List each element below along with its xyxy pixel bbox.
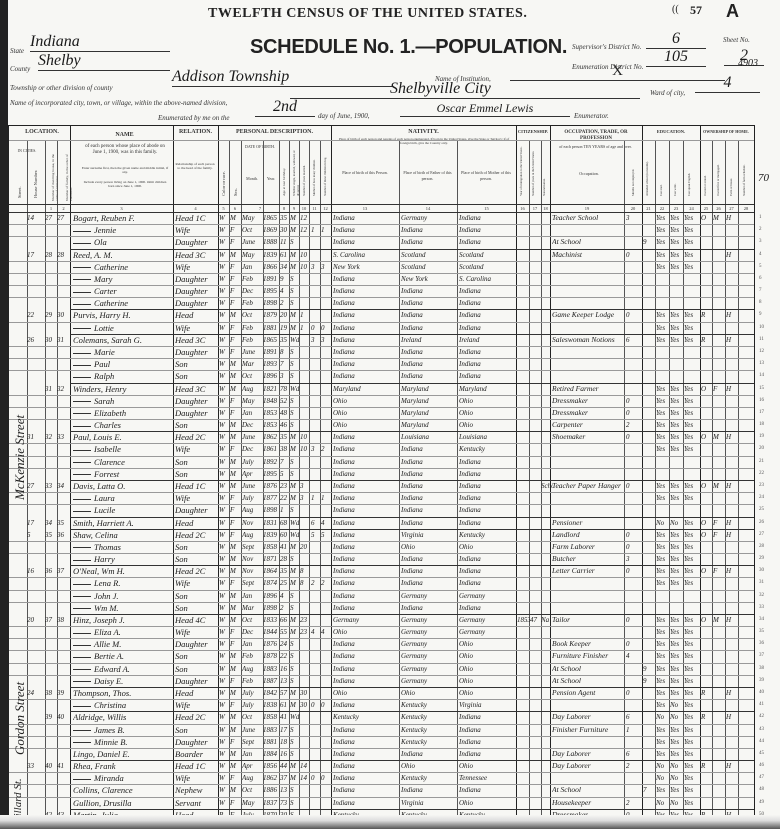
cell-write (670, 285, 683, 297)
cell-eng: Yes (684, 395, 700, 407)
cell-color: W (219, 504, 229, 516)
cell-sch (643, 383, 655, 395)
cell-imm (517, 797, 530, 809)
header-sex: Sex. (233, 181, 238, 196)
cell-year: 1866 (263, 261, 280, 273)
cell-ch (321, 797, 331, 809)
cell-color: W (219, 724, 229, 736)
cell-marital: M (290, 541, 300, 553)
cell-age: 13 (280, 675, 289, 687)
cell-name: Lingo, Daniel E. (73, 748, 173, 760)
cell-year: 1877 (263, 492, 280, 504)
person-name: Paul (94, 359, 110, 369)
cell-unemp (626, 772, 642, 784)
cell-sex: F (230, 297, 241, 309)
header-nativity-desc: Place of birth of each person and parent… (334, 137, 514, 145)
cell-bp: Indiana (333, 334, 399, 346)
cell-dwelling (45, 784, 57, 796)
cell-unemp: 2 (626, 760, 642, 772)
cell-fbp: Louisiana (401, 431, 457, 443)
cell-name: Mary (73, 273, 173, 285)
cell-month: Dec (242, 443, 263, 455)
cell-dwelling: 28 (45, 249, 57, 261)
cell-mo: 0 (311, 322, 320, 334)
cell-imm (517, 468, 530, 480)
cell-ym (300, 736, 310, 748)
header-occupation-col: Occupation. (553, 171, 625, 177)
cell-sch (643, 297, 655, 309)
cell-yrs (530, 650, 541, 662)
cell-sex: M (230, 480, 241, 492)
header-divider (9, 140, 754, 141)
cell-ch (321, 590, 331, 602)
cell-sch (643, 322, 655, 334)
person-name: Ralph (94, 371, 114, 381)
header-birth-father: Place of birth of Father of this person. (399, 170, 456, 182)
cell-read (656, 297, 669, 309)
cell-fh (726, 797, 738, 809)
cell-own (701, 650, 712, 662)
cell-write: Yes (670, 334, 683, 346)
cell-eng: Yes (684, 529, 700, 541)
cell-read: Yes (656, 724, 669, 736)
cell-bp: Indiana (333, 663, 399, 675)
person-name: Minnie B. (94, 737, 128, 747)
cell-own (701, 675, 712, 687)
cell-sch (643, 249, 655, 261)
cell-imm (517, 736, 530, 748)
cell-occ: Housekeeper (552, 797, 624, 809)
cell-imm (517, 760, 530, 772)
cell-fh (726, 577, 738, 589)
cell-mort (713, 699, 725, 711)
cell-dwelling (45, 748, 57, 760)
cell-bp: Indiana (333, 236, 399, 248)
cell-age: 44 (280, 760, 289, 772)
cell-occ: At School (552, 675, 624, 687)
cell-sex: F (230, 736, 241, 748)
person-name: Allie M. (94, 639, 121, 649)
cell-mo: 3 (311, 261, 320, 273)
line-number: 3 (759, 239, 762, 244)
cell-bp: Indiana (333, 456, 399, 468)
cell-read (656, 358, 669, 370)
header-occupation-desc: of each person TEN YEARS of age and over… (553, 144, 638, 150)
column-number: 22 (655, 206, 669, 211)
cell-mo (311, 370, 320, 382)
cell-mo: 1 (311, 224, 320, 236)
cell-dwelling (45, 419, 57, 431)
cell-fh (726, 675, 738, 687)
cell-relation: Son (175, 468, 218, 480)
cell-dwelling (45, 468, 57, 480)
cell-eng: Yes (684, 784, 700, 796)
cell-month: Mar (242, 358, 263, 370)
person-name: Catherine (94, 262, 128, 272)
cell-occ (552, 224, 624, 236)
cell-marital: M (290, 577, 300, 589)
cell-ym (300, 370, 310, 382)
cell-occ (552, 322, 624, 334)
cell-occ (552, 261, 624, 273)
header-personal: PERSONAL DESCRIPTION. (218, 129, 331, 135)
cell-unemp (626, 236, 642, 248)
cell-mbp: Indiana (459, 346, 516, 358)
cell-write: No (670, 711, 683, 723)
cell-sex: F (230, 577, 241, 589)
line-number: 15 (759, 386, 764, 391)
cell-eng: Yes (684, 431, 700, 443)
cell-occ: At School (552, 236, 624, 248)
cell-relation: Wife (175, 443, 218, 455)
cell-occ (552, 468, 624, 480)
cell-family (57, 541, 70, 553)
cell-year: 1879 (263, 309, 280, 321)
ditto-dash (73, 596, 91, 597)
cell-dwelling (45, 638, 57, 650)
person-name: Wm M. (94, 603, 119, 613)
cell-dwelling (45, 663, 57, 675)
cell-year: 1895 (263, 285, 280, 297)
cell-relation: Head 1C (175, 480, 218, 492)
cell-eng: Yes (684, 626, 700, 638)
cell-age: 28 (280, 553, 289, 565)
column-number: 26 (712, 206, 725, 211)
cell-mbp: Indiana (459, 748, 516, 760)
cell-marital: S (290, 370, 300, 382)
cell-ym: 12 (300, 224, 310, 236)
cell-marital: S (290, 407, 300, 419)
cell-sch: 7 (643, 784, 655, 796)
cell-imm (517, 517, 530, 529)
cell-color: W (219, 577, 229, 589)
cell-fbp: Scotland (401, 249, 457, 261)
cell-marital: M (290, 614, 300, 626)
cell-mort (713, 443, 725, 455)
cell-marital: S (290, 285, 300, 297)
cell-yrs (530, 407, 541, 419)
cell-fh (726, 395, 738, 407)
cell-relation: Head 2C (175, 529, 218, 541)
cell-marital: Wd (290, 711, 300, 723)
cell-mo (311, 383, 320, 395)
ditto-dash (73, 231, 91, 232)
cell-yrs (530, 736, 541, 748)
cell-unemp: 6 (626, 748, 642, 760)
ditto-dash (73, 742, 91, 743)
line-number: 6 (759, 276, 762, 281)
header-nativity: NATIVITY. (331, 129, 516, 135)
cell-relation: Head 2C (175, 431, 218, 443)
cell-color: W (219, 590, 229, 602)
cell-bp: Indiana (333, 322, 399, 334)
cell-sex: F (230, 395, 241, 407)
ditto-dash (73, 657, 91, 658)
cell-imm (517, 748, 530, 760)
cell-imm (517, 346, 530, 358)
cell-month: Aug (242, 663, 263, 675)
cell-age: 41 (280, 711, 289, 723)
cell-sch (643, 273, 655, 285)
cell-eng: Yes (684, 383, 700, 395)
cell-own (701, 602, 712, 614)
cell-relation: Daughter (175, 236, 218, 248)
cell-eng: Yes (684, 443, 700, 455)
cell-ch: 2 (321, 577, 331, 589)
cell-marital: S (290, 784, 300, 796)
cell-year: 1839 (263, 529, 280, 541)
cell-name: Thomas (73, 541, 173, 553)
cell-bp: Indiana (333, 724, 399, 736)
cell-imm (517, 395, 530, 407)
column-divider (173, 126, 174, 821)
cell-read: Yes (656, 626, 669, 638)
cell-bp: Indiana (333, 212, 399, 224)
scan-left-edge (0, 0, 8, 829)
cell-imm (517, 370, 530, 382)
cell-mo (311, 419, 320, 431)
cell-eng: Yes (684, 650, 700, 662)
cell-sex: M (230, 748, 241, 760)
cell-yrs (530, 261, 541, 273)
cell-occ (552, 772, 624, 784)
cell-write: Yes (670, 687, 683, 699)
cell-marital: S (290, 297, 300, 309)
cell-bp: Germany (333, 614, 399, 626)
cell-unemp (626, 370, 642, 382)
cell-name: Laura (73, 492, 173, 504)
cell-mo (311, 212, 320, 224)
cell-eng: Yes (684, 772, 700, 784)
cell-read: Yes (656, 663, 669, 675)
cell-sch (643, 419, 655, 431)
cell-name: Wm M. (73, 602, 173, 614)
cell-mort (713, 297, 725, 309)
cell-fh (726, 553, 738, 565)
cell-mbp: Indiana (459, 322, 516, 334)
cell-mort: F (713, 383, 725, 395)
column-number: 8 (279, 206, 289, 211)
cell-month: Oct (242, 711, 263, 723)
cell-eng: Yes (684, 760, 700, 772)
cell-occ: Day Laborer (552, 748, 624, 760)
cell-marital: M (290, 760, 300, 772)
cell-month: Dec (242, 419, 263, 431)
cell-own (701, 358, 712, 370)
cell-write: Yes (670, 724, 683, 736)
cell-color: W (219, 309, 229, 321)
cell-mbp: Ohio (459, 687, 516, 699)
cell-unemp: 0 (626, 687, 642, 699)
cell-fh (726, 297, 738, 309)
cell-mort (713, 553, 725, 565)
cell-age: 2 (280, 297, 289, 309)
cell-bp: Indiana (333, 638, 399, 650)
cell-mort (713, 675, 725, 687)
line-number: 31 (759, 580, 764, 585)
cell-sex: F (230, 346, 241, 358)
cell-yrs (530, 431, 541, 443)
cell-ym (300, 602, 310, 614)
header-attended-school: Attended school (in months). (645, 141, 649, 196)
cell-name: Winders, Henry (73, 383, 173, 395)
cell-fbp: Germany (401, 590, 457, 602)
cell-age: 78 (280, 383, 289, 395)
cell-bp: Indiana (333, 224, 399, 236)
cell-sch (643, 736, 655, 748)
ward-label: Ward of city, (650, 89, 685, 97)
cell-color: W (219, 638, 229, 650)
cell-read: No (656, 517, 669, 529)
cell-marital: S (290, 590, 300, 602)
cell-family (57, 602, 70, 614)
cell-mort (713, 492, 725, 504)
person-name: Christina (94, 700, 126, 710)
cell-own: O (701, 517, 712, 529)
line-number: 35 (759, 629, 764, 634)
cell-marital: S (290, 395, 300, 407)
cell-yrs (530, 297, 541, 309)
cell-own (701, 504, 712, 516)
ditto-dash (73, 779, 91, 780)
cell-read: Yes (656, 212, 669, 224)
cell-dwelling: 36 (45, 565, 57, 577)
cell-yrs (530, 529, 541, 541)
cell-year: 1896 (263, 370, 280, 382)
cell-year: 1892 (263, 456, 280, 468)
cell-name: Catherine (73, 261, 173, 273)
cell-mbp: Ohio (459, 650, 516, 662)
cell-unemp (626, 297, 642, 309)
cell-occ: Day Laborer (552, 711, 624, 723)
census-sheet: TWELFTH CENSUS OF THE UNITED STATES. (( … (0, 0, 780, 829)
cell-occ (552, 285, 624, 297)
cell-sex: M (230, 419, 241, 431)
cell-ym: 8 (300, 565, 310, 577)
cell-marital: M (290, 212, 300, 224)
cell-sex: M (230, 541, 241, 553)
cell-own (701, 456, 712, 468)
cell-mo: 2 (311, 577, 320, 589)
cell-yrs (530, 602, 541, 614)
cell-yrs (530, 760, 541, 772)
cell-sex: M (230, 370, 241, 382)
line-number: 27 (759, 532, 764, 537)
cell-bp: Indiana (333, 443, 399, 455)
cell-own (701, 297, 712, 309)
cell-mbp: Germany (459, 614, 516, 626)
cell-age: 23 (280, 480, 289, 492)
cell-dwelling (45, 626, 57, 638)
cell-read: Yes (656, 419, 669, 431)
cell-bp: Indiana (333, 577, 399, 589)
cell-ch (321, 273, 331, 285)
cell-ch (321, 358, 331, 370)
cell-dwelling (45, 261, 57, 273)
person-name: Lottie (94, 323, 114, 333)
cell-read: Yes (656, 638, 669, 650)
cell-mo (311, 395, 320, 407)
person-name: John J. (94, 591, 119, 601)
column-divider (331, 126, 332, 821)
cell-yrs (530, 334, 541, 346)
cell-relation: Boarder (175, 748, 218, 760)
cell-imm (517, 224, 530, 236)
cell-ym (300, 663, 310, 675)
cell-mbp: Ohio (459, 541, 516, 553)
cell-sex: F (230, 699, 241, 711)
cell-own (701, 249, 712, 261)
cell-dwelling: 27 (45, 212, 57, 224)
line-number: 16 (759, 398, 764, 403)
cell-name: O'Neal, Wm H. (73, 565, 173, 577)
cell-own (701, 748, 712, 760)
line-number: 20 (759, 446, 764, 451)
cell-occ: Dressmaker (552, 395, 624, 407)
cell-mort (713, 370, 725, 382)
cell-fbp: Indiana (401, 370, 457, 382)
cell-fh: H (726, 383, 738, 395)
column-number: 10 (299, 206, 309, 211)
cell-relation: Daughter (175, 395, 218, 407)
cell-mbp: Indiana (459, 736, 516, 748)
line-number: 38 (759, 666, 764, 671)
line-number: 42 (759, 714, 764, 719)
cell-ym (300, 285, 310, 297)
cell-mbp: Ohio (459, 407, 516, 419)
cell-fh (726, 346, 738, 358)
cell-unemp (626, 273, 642, 285)
cell-write: Yes (670, 541, 683, 553)
cell-yrs (530, 480, 541, 492)
cell-ym (300, 504, 310, 516)
cell-mbp: Kentucky (459, 443, 516, 455)
cell-age: 35 (280, 334, 289, 346)
cell-ch (321, 285, 331, 297)
cell-name: Purvis, Harry H. (73, 309, 173, 321)
cell-mo (311, 358, 320, 370)
cell-unemp (626, 224, 642, 236)
cell-name: Marie (73, 346, 173, 358)
cell-marital: M (290, 431, 300, 443)
cell-write: Yes (670, 383, 683, 395)
cell-relation: Daughter (175, 346, 218, 358)
column-number: 3 (70, 206, 173, 211)
cell-own: O (701, 529, 712, 541)
cell-year: 1887 (263, 675, 280, 687)
cell-sch (643, 797, 655, 809)
cell-mbp: Indiana (459, 224, 516, 236)
cell-marital: M (290, 687, 300, 699)
cell-mort: F (713, 529, 725, 541)
cell-eng: Yes (684, 675, 700, 687)
cell-yrs (530, 419, 541, 431)
cell-family (57, 626, 70, 638)
cell-bp: Kentucky (333, 711, 399, 723)
cell-write (670, 297, 683, 309)
cell-imm (517, 675, 530, 687)
cell-marital: M (290, 699, 300, 711)
cell-occ: Pensioner (552, 517, 624, 529)
cell-age: 68 (280, 517, 289, 529)
cell-ch: 0 (321, 772, 331, 784)
cell-age: 35 (280, 431, 289, 443)
cell-month: Nov (242, 565, 263, 577)
cell-yrs (530, 358, 541, 370)
ditto-dash (73, 462, 91, 463)
cell-mo (311, 711, 320, 723)
cell-dwelling (45, 541, 57, 553)
